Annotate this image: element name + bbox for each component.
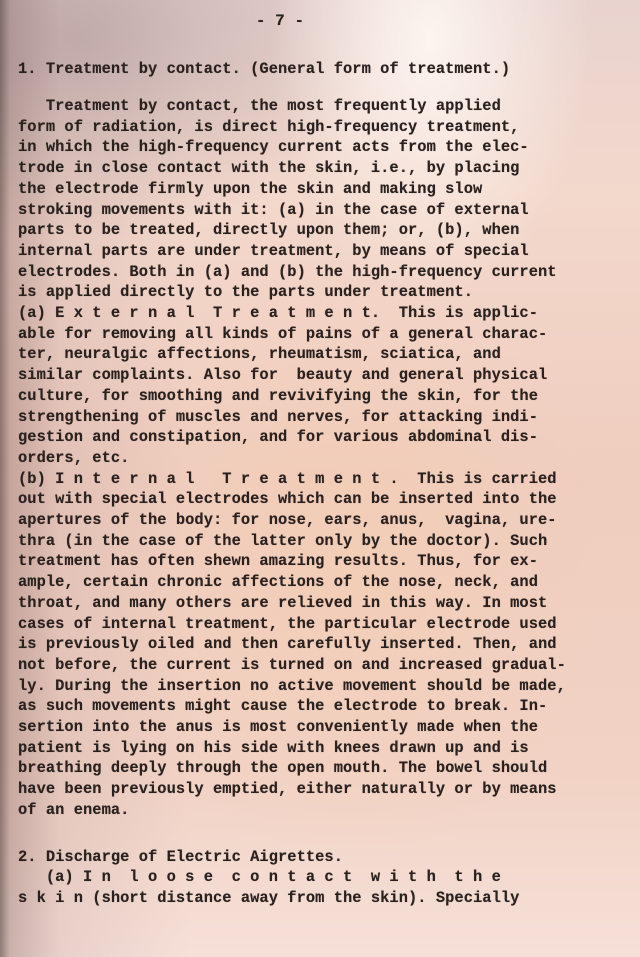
section-1-line: (b) I n t e r n a l T r e a t m e n t . … <box>18 469 557 489</box>
section-1-line: patient is lying on his side with knees … <box>18 738 529 758</box>
section-1-line: breathing deeply through the open mouth.… <box>18 758 547 778</box>
section-1-line: as such movements might cause the electr… <box>18 696 547 716</box>
section-1-line: parts to be treated, directly upon them;… <box>18 220 519 240</box>
section-1-line: ter, neuralgic affections, rheumatism, s… <box>18 344 501 364</box>
section-1-line: internal parts are under treatment, by m… <box>18 241 529 261</box>
section-2-heading: 2. Discharge of Electric Aigrettes. <box>18 847 343 867</box>
typewritten-document: - 7 - 1. Treatment by contact. (General … <box>0 0 640 216</box>
section-1-line: ly. During the insertion no active movem… <box>18 676 566 696</box>
section-1-line: the electrode firmly upon the skin and m… <box>18 179 482 199</box>
section-1-line: similar complaints. Also for beauty and … <box>18 365 547 385</box>
section-1-line: have been previously emptied, either nat… <box>18 779 557 799</box>
section-1-line: in which the high-frequency current acts… <box>18 137 529 157</box>
section-2-line: s k i n (short distance away from the sk… <box>18 888 519 908</box>
section-1-line: gestion and constipation, and for variou… <box>18 427 538 447</box>
section-1-line: throat, and many others are relieved in … <box>18 593 547 613</box>
section-1-line: out with special electrodes which can be… <box>18 489 557 509</box>
section-1-line: stroking movements with it: (a) in the c… <box>18 200 529 220</box>
section-1-line: ample, certain chronic affections of the… <box>18 572 538 592</box>
section-1-line: thra (in the case of the latter only by … <box>18 531 547 551</box>
section-1-line: of an enema. <box>18 800 129 820</box>
section-1-line: electrodes. Both in (a) and (b) the high… <box>18 262 557 282</box>
section-1-line: trode in close contact with the skin, i.… <box>18 158 519 178</box>
section-1-line: strengthening of muscles and nerves, for… <box>18 407 538 427</box>
page-number: - 7 - <box>0 11 560 31</box>
section-1-line: cases of internal treatment, the particu… <box>18 614 557 634</box>
section-1-line: culture, for smoothing and revivifying t… <box>18 386 538 406</box>
section-1-line: form of radiation, is direct high-freque… <box>18 117 519 137</box>
section-1-line: sertion into the anus is most convenient… <box>18 717 538 737</box>
section-1-line: Treatment by contact, the most frequentl… <box>18 96 501 116</box>
section-1-line: able for removing all kinds of pains of … <box>18 324 547 344</box>
section-1-line: is previously oiled and then carefully i… <box>18 634 557 654</box>
section-1-line: not before, the current is turned on and… <box>18 655 566 675</box>
section-1-line: (a) E x t e r n a l T r e a t m e n t. T… <box>18 303 538 323</box>
section-1-heading: 1. Treatment by contact. (General form o… <box>18 59 510 79</box>
section-1-line: is applied directly to the parts under t… <box>18 282 473 302</box>
section-2-line: (a) I n l o o s e c o n t a c t w i t h … <box>18 867 501 887</box>
section-1-line: treatment has often shewn amazing result… <box>18 551 538 571</box>
section-1-line: apertures of the body: for nose, ears, a… <box>18 510 557 530</box>
section-1-line: orders, etc. <box>18 448 129 468</box>
